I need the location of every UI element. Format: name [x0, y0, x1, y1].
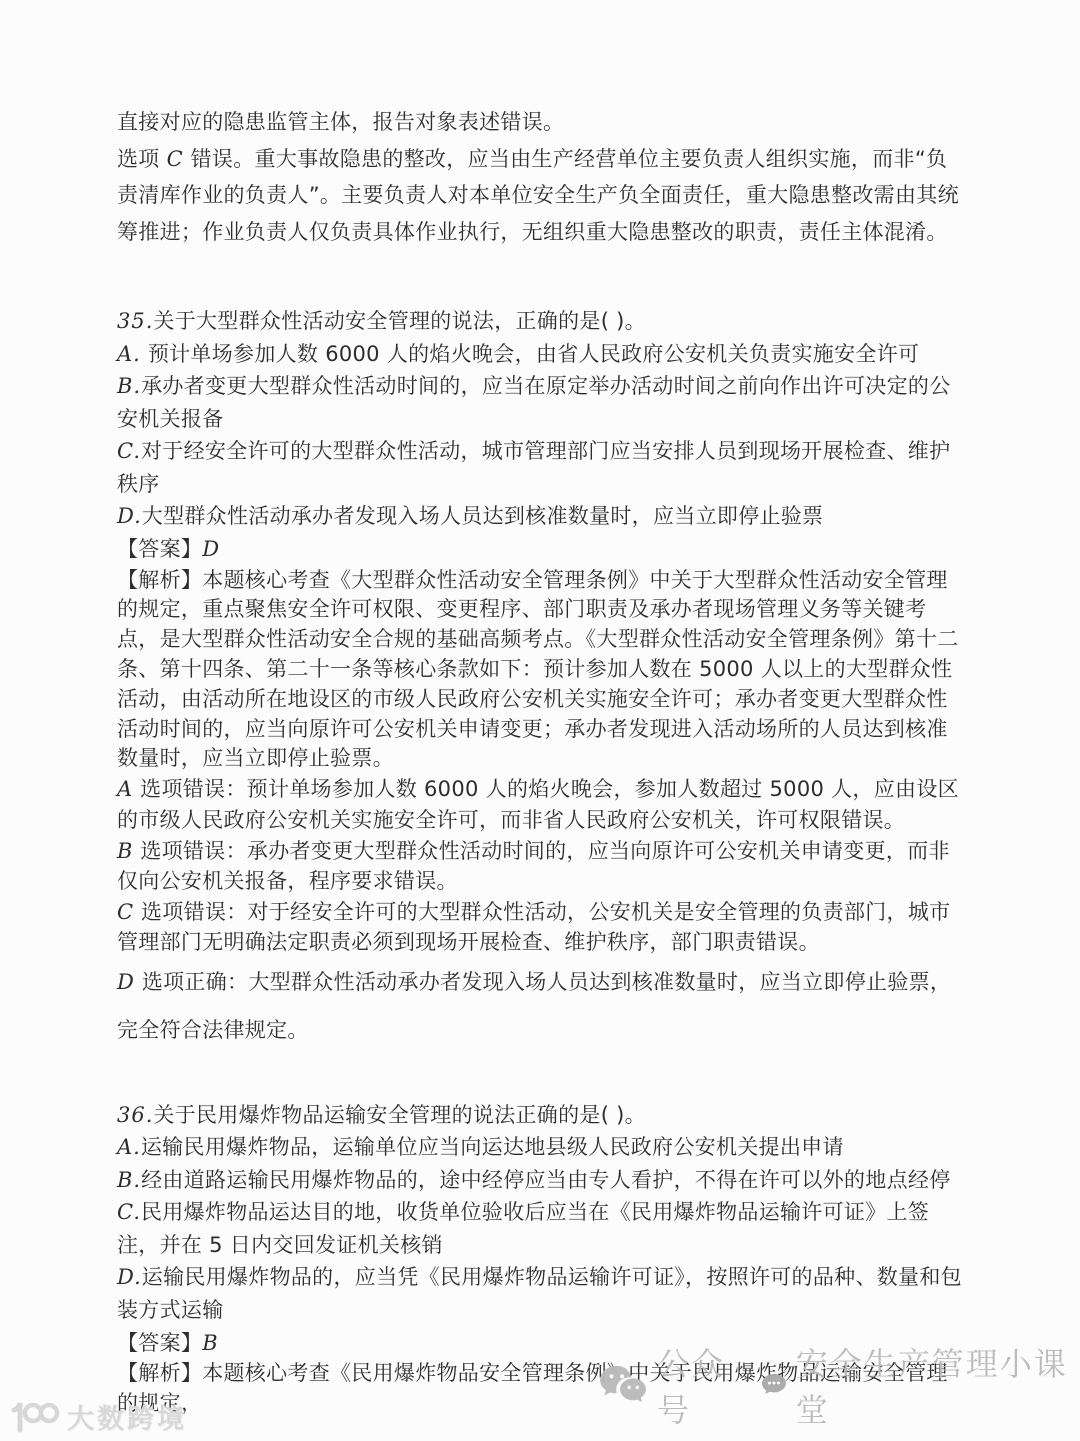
option-letter: B.: [117, 374, 141, 398]
question-35-point-d: D 选项正确：大型群众性活动承办者发现入场人员达到核准数量时，应当立即停止验票，…: [117, 958, 965, 1055]
document-content: 直接对应的隐患监管主体，报告对象表述错误。 选项 C 错误。重大事故隐患的整改，…: [117, 104, 965, 1419]
option-letter: C: [167, 147, 184, 171]
option-letter: B: [117, 839, 133, 863]
question-stem-text: 关于民用爆炸物品运输安全管理的说法正确的是( )。: [153, 1103, 646, 1127]
analysis-text: 本题核心考查《大型群众性活动安全管理条例》中关于大型群众性活动安全管理的规定，重…: [117, 568, 959, 771]
question-36-option-c: C.民用爆炸物品运达目的地，收货单位验收后应当在《民用爆炸物品运输许可证》上签注…: [117, 1196, 965, 1261]
question-36-answer: 【答案】B: [117, 1327, 965, 1360]
option-text: 运输民用爆炸物品的，应当凭《民用爆炸物品运输许可证》，按照许可的品种、数量和包装…: [117, 1265, 962, 1322]
question-35-option-c: C.对于经安全许可的大型群众性活动，城市管理部门应当安排人员到现场开展检查、维护…: [117, 435, 965, 500]
option-letter: C.: [117, 439, 141, 463]
text-run: 选项: [117, 147, 167, 171]
question-35-option-d: D.大型群众性活动承办者发现入场人员达到核准数量时，应当立即停止验票: [117, 500, 965, 533]
document-page: 直接对应的隐患监管主体，报告对象表述错误。 选项 C 错误。重大事故隐患的整改，…: [0, 0, 1080, 1441]
option-letter: C: [117, 900, 134, 924]
point-text: 选项错误：预计单场参加人数 6000 人的焰火晚会，参加人数超过 5000 人，…: [117, 777, 959, 832]
option-text: 经由道路运输民用爆炸物品的，途中经停应当由专人看护，不得在许可以外的地点经停: [141, 1168, 950, 1192]
question-36-stem: 36.关于民用爆炸物品运输安全管理的说法正确的是( )。: [117, 1099, 965, 1132]
answer-value: B: [202, 1331, 218, 1355]
question-36-option-a: A.运输民用爆炸物品，运输单位应当向运达地县级人民政府公安机关提出申请: [117, 1131, 965, 1164]
analysis-label: 【解析】: [117, 1361, 202, 1385]
question-36-option-b: B.经由道路运输民用爆炸物品的，途中经停应当由专人看护，不得在许可以外的地点经停: [117, 1164, 965, 1197]
option-letter: A.: [117, 1135, 141, 1159]
option-letter: D.: [117, 504, 142, 528]
analysis-label: 【解析】: [117, 568, 202, 592]
question-number: 35.: [117, 309, 153, 333]
option-letter: A: [117, 777, 133, 801]
prev-option-c-analysis: 选项 C 错误。重大事故隐患的整改，应当由生产经营单位主要负责人组织实施，而非“…: [117, 141, 965, 251]
text-run: 错误。重大事故隐患的整改，应当由生产经营单位主要负责人组织实施，而非“负责清库作…: [117, 147, 959, 244]
question-35-point-b: B 选项错误：承办者变更大型群众性活动时间的，应当向原许可公安机关申请变更，而非…: [117, 836, 965, 897]
point-text: 选项正确：大型群众性活动承办者发现入场人员达到核准数量时，应当立即停止验票，完全…: [117, 970, 951, 1042]
question-36-section: 36.关于民用爆炸物品运输安全管理的说法正确的是( )。 A.运输民用爆炸物品，…: [117, 1099, 965, 1419]
question-35-answer: 【答案】D: [117, 533, 965, 566]
brand-100-rings-logo-icon: [8, 1400, 60, 1434]
point-text: 选项错误：对于经安全许可的大型群众性活动，公安机关是安全管理的负责部门，城市管理…: [117, 900, 950, 955]
option-letter: B.: [117, 1168, 141, 1192]
option-letter: A.: [117, 342, 141, 366]
option-text: 大型群众性活动承办者发现入场人员达到核准数量时，应当立即停止验票: [142, 504, 824, 528]
question-36-option-d: D.运输民用爆炸物品的，应当凭《民用爆炸物品运输许可证》，按照许可的品种、数量和…: [117, 1261, 965, 1326]
prev-explanation-tail-line: 直接对应的隐患监管主体，报告对象表述错误。: [117, 104, 965, 141]
answer-label: 【答案】: [117, 537, 202, 561]
option-text: 承办者变更大型群众性活动时间的，应当在原定举办活动时间之前向作出许可决定的公安机…: [117, 374, 951, 431]
answer-label: 【答案】: [117, 1331, 202, 1355]
question-35-analysis: 【解析】本题核心考查《大型群众性活动安全管理条例》中关于大型群众性活动安全管理的…: [117, 566, 965, 775]
option-text: 预计单场参加人数 6000 人的焰火晚会，由省人民政府公安机关负责实施安全许可: [141, 342, 919, 366]
question-number: 36.: [117, 1103, 153, 1127]
option-text: 对于经安全许可的大型群众性活动，城市管理部门应当安排人员到现场开展检查、维护秩序: [117, 439, 950, 496]
point-text: 选项错误：承办者变更大型群众性活动时间的，应当向原许可公安机关申请变更，而非仅向…: [117, 839, 950, 894]
option-text: 民用爆炸物品运达目的地，收货单位验收后应当在《民用爆炸物品运输许可证》上签注，并…: [117, 1200, 929, 1257]
question-35-option-b: B.承办者变更大型群众性活动时间的，应当在原定举办活动时间之前向作出许可决定的公…: [117, 370, 965, 435]
question-35-section: 35.关于大型群众性活动安全管理的说法，正确的是( )。 A. 预计单场参加人数…: [117, 305, 965, 1055]
option-text: 运输民用爆炸物品，运输单位应当向运达地县级人民政府公安机关提出申请: [141, 1135, 844, 1159]
question-36-analysis: 【解析】本题核心考查《民用爆炸物品安全管理条例》中关于民用爆炸物品运输安全管理的…: [117, 1359, 965, 1419]
option-letter: D: [117, 970, 135, 994]
question-35-stem: 35.关于大型群众性活动安全管理的说法，正确的是( )。: [117, 305, 965, 338]
question-stem-text: 关于大型群众性活动安全管理的说法，正确的是( )。: [153, 309, 646, 333]
option-letter: D.: [117, 1265, 142, 1289]
option-letter: C.: [117, 1200, 141, 1224]
question-35-option-a: A. 预计单场参加人数 6000 人的焰火晚会，由省人民政府公安机关负责实施安全…: [117, 338, 965, 371]
question-35-point-c: C 选项错误：对于经安全许可的大型群众性活动，公安机关是安全管理的负责部门，城市…: [117, 897, 965, 958]
answer-value: D: [202, 537, 220, 561]
question-35-point-a: A 选项错误：预计单场参加人数 6000 人的焰火晚会，参加人数超过 5000 …: [117, 774, 965, 835]
analysis-text: 本题核心考查《民用爆炸物品安全管理条例》中关于民用爆炸物品运输安全管理的规定，: [117, 1361, 948, 1415]
